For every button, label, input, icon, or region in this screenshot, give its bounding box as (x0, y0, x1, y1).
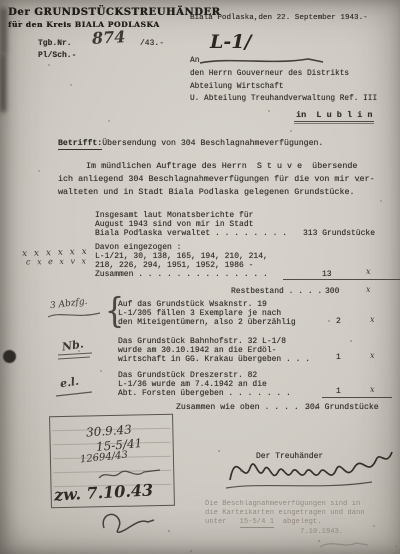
item-value: 2 (336, 317, 341, 326)
scan-edge-smudge (0, 8, 7, 54)
item-line: den Miteigentümern, also 2 überzählig (118, 318, 296, 327)
summary-line: Biala Podlaska verwaltet . . . . . . . . (95, 229, 287, 238)
withdrawn-total-underline (283, 279, 400, 280)
withdrawn-total-value: 13 (322, 270, 332, 279)
item-value: 1 (336, 353, 341, 362)
paper-noise (40, 40, 42, 42)
rest-value: 300 (325, 287, 339, 296)
clerk-reference: Pl/Sch.- (38, 51, 76, 60)
scan-edge-smudge (0, 54, 6, 112)
marginal-initials-handwritten: e.l. (59, 375, 80, 391)
item-line: Das Grundstück Dreszerstr. 82 (118, 371, 257, 380)
filing-note-date: 7.10.1943. (300, 528, 343, 536)
journal-number-year: /43.- (140, 39, 164, 48)
item-line: L-1/36 wurde am 7.4.1942 an die (118, 380, 267, 389)
pen-tick: x (366, 267, 371, 276)
sender-name: Der GRUNDSTÜCKSTREUHÄNDER (8, 7, 220, 18)
subject-text: Übersendung von 304 Beschlagnahmeverfügu… (102, 139, 323, 148)
pen-tick: x (370, 315, 375, 324)
journal-number-label: Tgb.Nr. (38, 39, 72, 48)
item-total-underline (322, 397, 392, 398)
date-line: Biala Podlaska,den 22. September 1943.- (190, 14, 368, 22)
pen-tick: x (370, 385, 375, 394)
subject-line: Betrifft:Übersendung von 304 Beschlagnah… (58, 139, 323, 148)
item-line: wurde am 30.10.1942 an die Erdöl- (118, 346, 276, 355)
treuhaender-signature (222, 438, 397, 496)
item-line: Das Grundstück Bahnhofstr. 32 L-1/8 (118, 337, 286, 346)
journal-number-handwritten: 874 (92, 27, 126, 48)
filing-note-line: Die Beschlagnahmeverfügungen sind in (205, 500, 360, 508)
handwritten-check-marks: c x e x v x (26, 256, 88, 266)
managed-count: 313 Grundstücke (303, 229, 375, 238)
body-line: Im mündlichen Auftrage des Herrn S t u v… (86, 161, 357, 171)
summary-line: Insgesamt laut Monatsberichte für (95, 211, 253, 220)
file-ref-handwritten: L-1/ (210, 31, 251, 53)
summary-line: August 1943 sind von mir in Stadt (95, 220, 253, 229)
grand-total-value: 304 Grundstücke (305, 403, 379, 412)
item-line: wirtschaft in GG. Krakau übergeben . . . (118, 355, 310, 364)
filing-note-ref: 15-5/4 1 (240, 518, 275, 528)
initials-underline (54, 390, 96, 400)
subject-label: Betrifft: (58, 139, 102, 150)
sender-district: für den Kreis BIALA PODLASKA (8, 20, 160, 29)
body-line: ich anliegend 304 Beschlagnahmeverfügung… (58, 174, 375, 184)
clerk-initials-squiggle (98, 508, 158, 536)
filing-note-post: abgelegt. (283, 518, 322, 526)
withdrawn-heading: Davon eingezogen : (95, 243, 181, 252)
filing-note-pre: unter (205, 518, 227, 526)
filing-note-line: die Karteikarten eingetragen und dann (205, 509, 365, 517)
grand-total-label: Zusammen wie oben . . . . . . (176, 403, 319, 412)
recipient-line: Abteilung Wirtschaft (190, 83, 284, 91)
withdrawn-list: 218, 226, 294, 1951, 1952, 1986 - (95, 261, 253, 270)
pen-tick: x (370, 351, 375, 360)
recipient-city-underline (294, 121, 374, 122)
ink-blot (3, 350, 16, 363)
marginal-note-flourish (46, 309, 104, 321)
file-ref-underline (198, 54, 328, 68)
filing-note-squiggle (318, 537, 373, 551)
pen-tick: x (366, 285, 371, 294)
scanned-letter: Der GRUNDSTÜCKSTREUHÄNDER für den Kreis … (0, 0, 400, 554)
rest-label: Restbestand . . . . (231, 287, 322, 296)
withdrawn-total-label: Zusammen . . . . . . . . . . . . . . (95, 270, 268, 279)
body-line: walteten und in Stadt Biala Podlaska gel… (58, 187, 355, 197)
item-line: L-1/305 fällen 3 Exemplare je nach (118, 309, 281, 318)
item-line: Abt. Forsten übergeben . . . . . . . (118, 389, 291, 398)
item-value: 1 (336, 387, 341, 396)
filing-note-line: unter 15-5/4 1 abgelegt. (205, 518, 322, 526)
item-line: Auf das Grundstück Wsaknstr. 19 (118, 300, 267, 309)
recipient-line: den Herrn Gouverneur des Distrikts (190, 70, 349, 78)
withdrawn-list: L-1/21, 30, 138, 165, 194, 210, 214, (95, 252, 268, 261)
initials-underline (56, 352, 96, 362)
recipient-city: in L u b l i n (296, 110, 373, 120)
recipient-line: U. Abteilung Treuhandverwaltung Ref. III (190, 95, 377, 103)
